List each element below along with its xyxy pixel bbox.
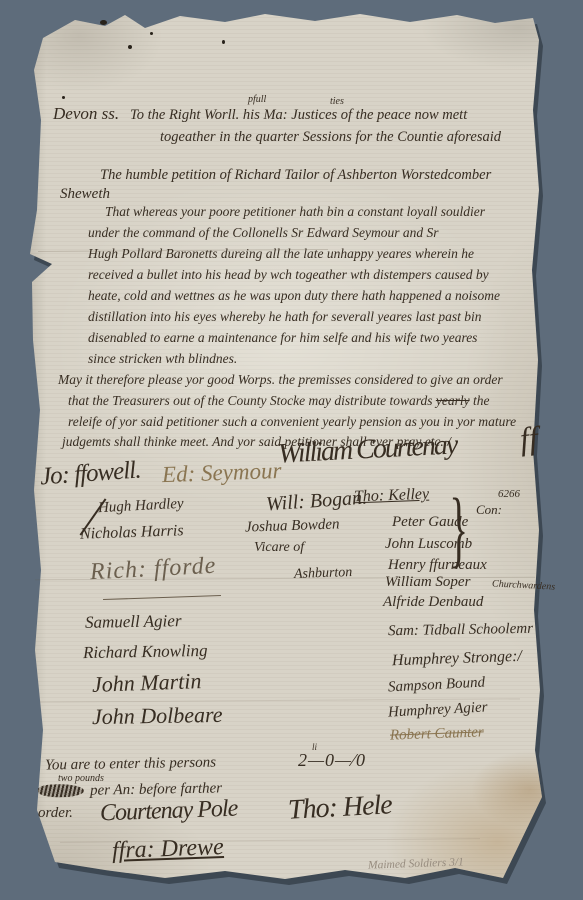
ink-speck: [100, 20, 107, 25]
signature-harris: Nicholas Harris: [80, 522, 184, 544]
signature-martin: John Martin: [92, 668, 202, 698]
signature-hele: Tho: Hele: [287, 789, 392, 826]
prayer-line-2: that the Treasurers out of the County St…: [68, 393, 489, 409]
county-mark: Devon ss.: [53, 104, 119, 124]
prayer-line-2b: the: [473, 393, 490, 408]
signature-gaude: Peter Gaude: [392, 514, 468, 531]
scribbled-out-text: [38, 784, 84, 798]
body-line: Hugh Pollard Baronetts dureing all the l…: [88, 246, 474, 262]
ink-speck: [222, 40, 225, 44]
signature-tidball: Sam: Tidball Schoolemr: [388, 621, 533, 641]
signature-denbaud: Alfride Denbaud: [383, 594, 483, 611]
bowden-vicare-of: Vicare of: [254, 540, 304, 556]
signature-soper: William Soper: [385, 574, 470, 591]
signature-drewe: ffra: Drewe: [112, 834, 225, 865]
annotation-con: Con:: [476, 502, 502, 518]
interlineation: pfull: [248, 94, 266, 105]
signature-caunter: Robert Caunter: [390, 724, 484, 744]
sheweth: Sheweth: [60, 186, 110, 203]
body-line: distillation into his eyes whereby he ha…: [88, 309, 481, 325]
ink-speck: [62, 96, 65, 99]
signature-pole: Courtenay Pole: [100, 796, 238, 828]
order-line-3: order.: [38, 805, 73, 822]
ink-speck: [128, 45, 132, 49]
order-line-1: You are to enter this persons: [45, 755, 216, 775]
signature-knowling: Richard Knowling: [83, 641, 208, 663]
petition-title: The humble petition of Richard Tailor of…: [100, 167, 491, 184]
signature-samuell-agier: Samuell Agier: [85, 611, 182, 633]
signature-luscomb: John Luscomb: [385, 536, 472, 553]
prayer-line-2a: that the Treasurers out of the County St…: [68, 393, 432, 408]
archival-number: 6266: [498, 488, 520, 500]
struck-word: yearly: [436, 393, 470, 408]
signature-dolbeare: John Dolbeare: [92, 702, 223, 730]
ink-speck: [150, 32, 153, 35]
signature-bowden: Joshua Bowden: [245, 516, 340, 536]
photograph-background: { "colors":{"background":"#5e6c7b","pape…: [0, 0, 583, 900]
signature-furneaux: Henry ffurneaux: [388, 557, 487, 574]
body-line: since stricken wth blindnes.: [88, 351, 237, 367]
signature-flourish: ff: [518, 419, 540, 458]
prayer-line-3: releife of yor said petitioner such a co…: [68, 414, 516, 430]
signature-seymour: Ed: Seymour: [162, 458, 282, 488]
salutation-line-2: togeather in the quarter Sessions for th…: [160, 129, 501, 146]
bowden-ashburton: Ashburton: [294, 565, 353, 583]
body-line: heate, cold and wettnes as he was upon d…: [88, 288, 500, 304]
signature-kelley: Tho: Kelley: [354, 486, 430, 507]
order-amount: 2—0—⁄0: [298, 750, 366, 771]
salutation-line-1: To the Right Worll. his Ma: Justices of …: [130, 107, 467, 124]
interlineation: ties: [330, 96, 344, 107]
body-line: That whereas your poore petitioner hath …: [105, 204, 485, 220]
body-line: received a bullet into his head by wch t…: [88, 267, 489, 283]
body-line: under the command of the Collonells Sr E…: [88, 225, 438, 241]
prayer-line-1: May it therefore please yor good Worps. …: [58, 372, 503, 388]
body-line: disenabled to earne a maintenance for hi…: [88, 330, 477, 346]
